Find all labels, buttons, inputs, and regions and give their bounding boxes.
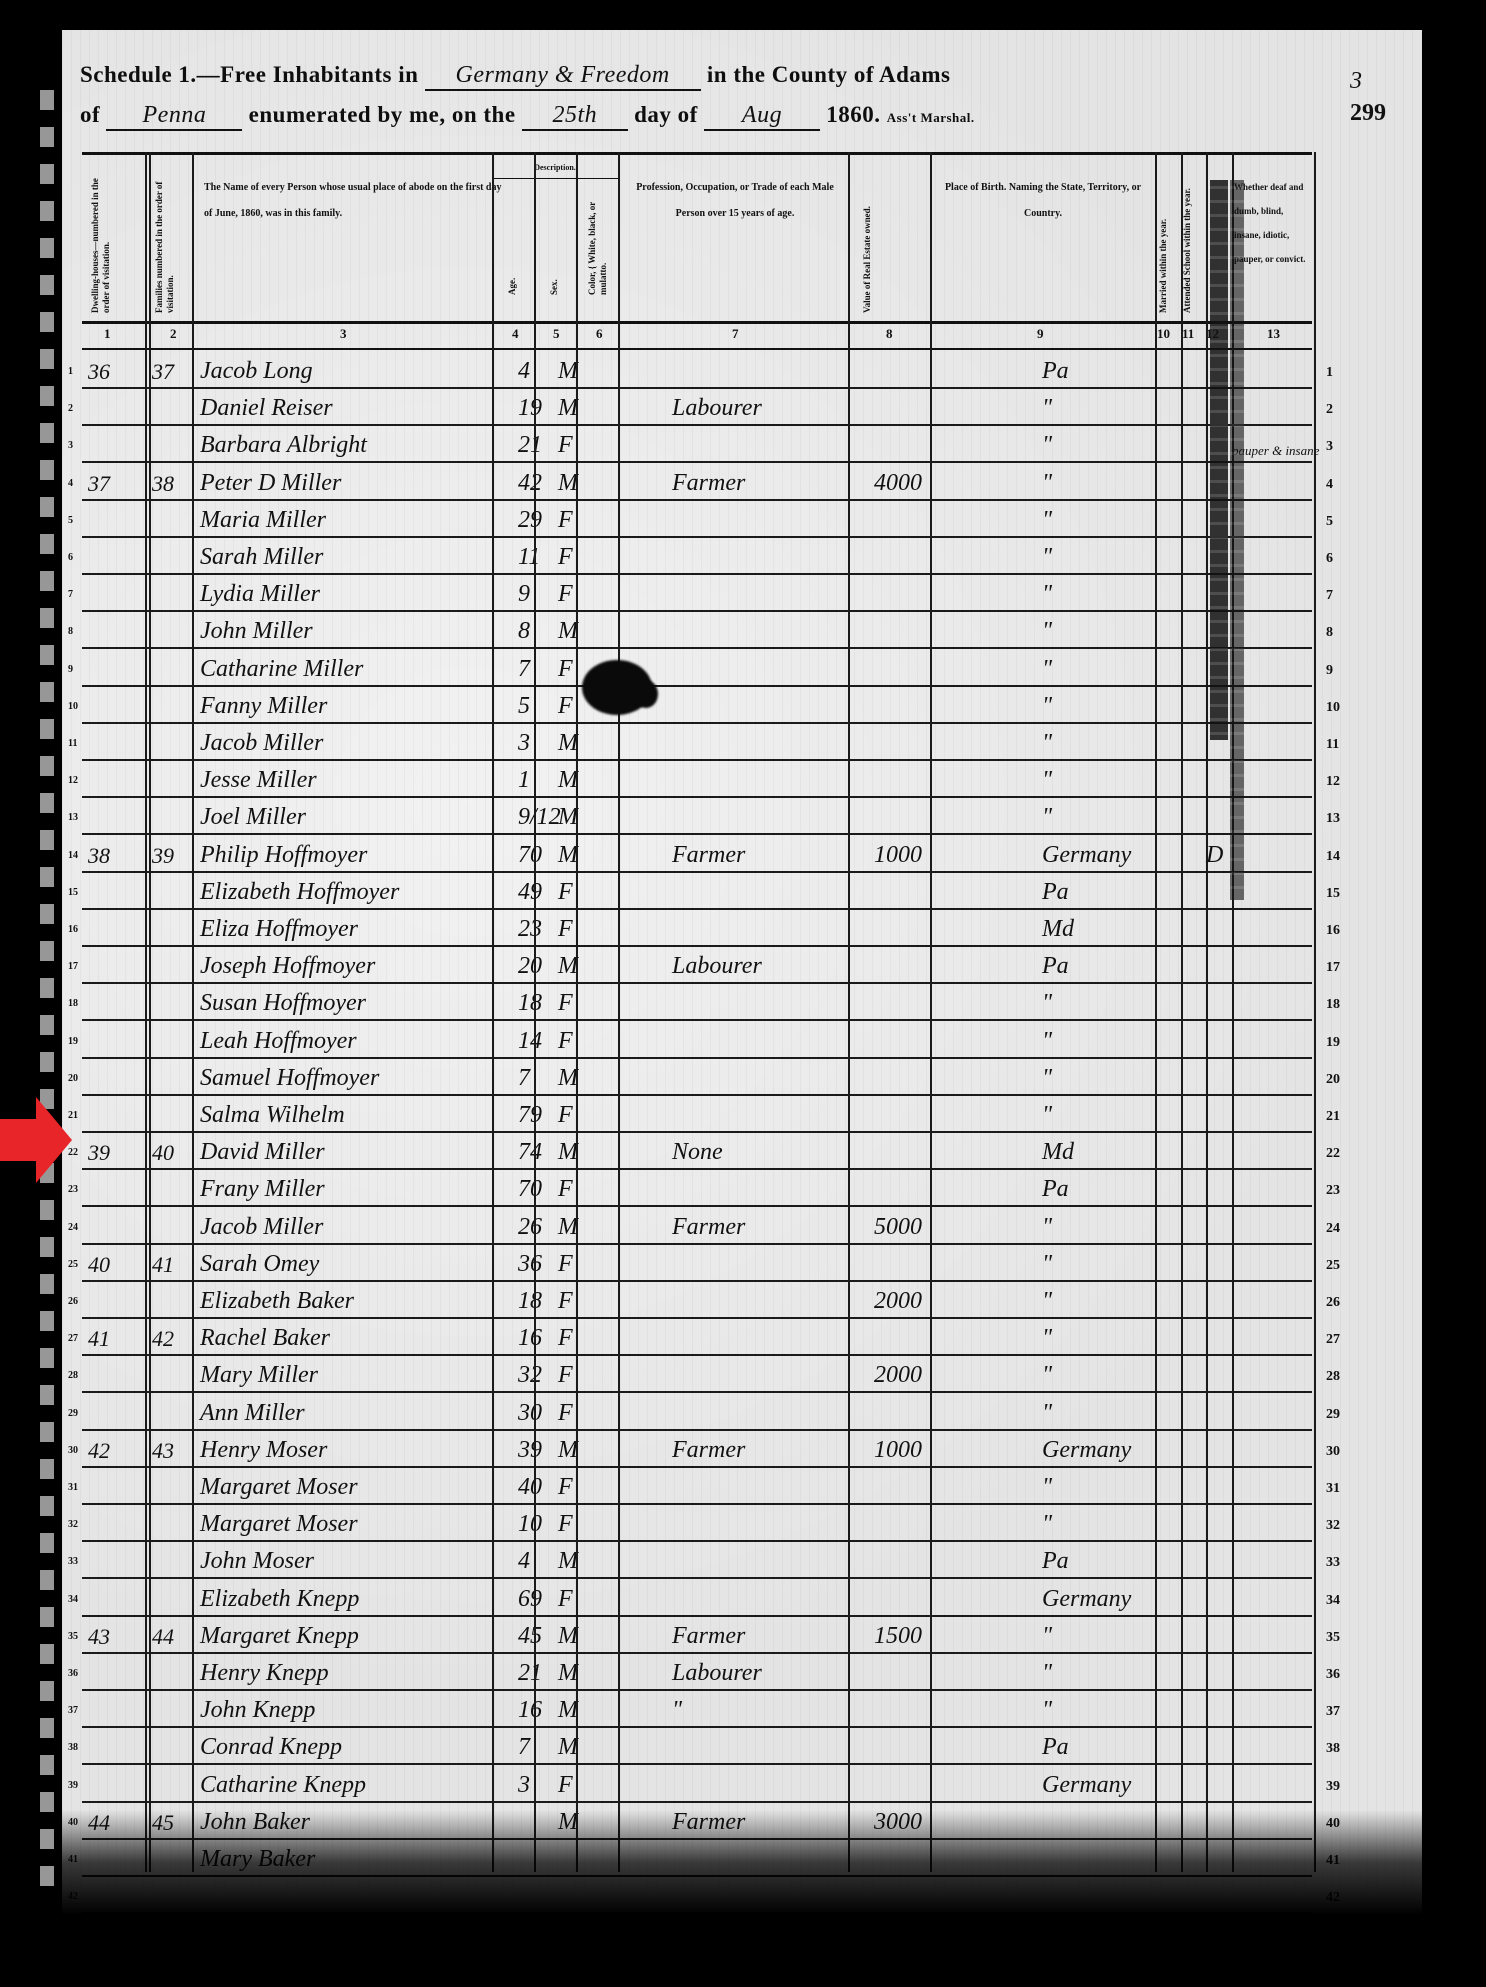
birthplace: Germany bbox=[1042, 1772, 1131, 1799]
line-number: 7 bbox=[1326, 588, 1333, 604]
age: 3 bbox=[518, 730, 530, 757]
person-name: Jacob Long bbox=[200, 358, 313, 385]
birthplace: " bbox=[1042, 618, 1052, 645]
birthplace: " bbox=[1042, 990, 1052, 1017]
line-number: 11 bbox=[1326, 737, 1339, 753]
line-number: 38 bbox=[1326, 1741, 1340, 1757]
left-margin-line-number: 15 bbox=[68, 887, 78, 898]
age: 39 bbox=[518, 1437, 542, 1464]
left-margin-line-number: 36 bbox=[68, 1668, 78, 1679]
left-margin-line-number: 37 bbox=[68, 1705, 78, 1716]
person-name: Elizabeth Hoffmoyer bbox=[200, 879, 399, 906]
schedule-title-prefix: Schedule 1.—Free Inhabitants in bbox=[80, 62, 418, 87]
sex: F bbox=[558, 1288, 573, 1315]
line-number: 30 bbox=[1326, 1444, 1340, 1460]
family-number: 42 bbox=[152, 1326, 174, 1352]
person-name: Sarah Omey bbox=[200, 1251, 319, 1278]
real-estate-value: 1000 bbox=[874, 1437, 922, 1464]
age: 29 bbox=[518, 507, 542, 534]
state-prefix: of bbox=[80, 102, 100, 127]
colnum-8: 8 bbox=[886, 326, 893, 342]
line-number: 24 bbox=[1326, 1221, 1340, 1237]
line-number: 3 bbox=[1326, 439, 1333, 455]
age: 7 bbox=[518, 1065, 530, 1092]
real-estate-value: 1500 bbox=[874, 1623, 922, 1650]
family-number: 38 bbox=[152, 471, 174, 497]
sex: M bbox=[558, 1214, 578, 1241]
person-name: Eliza Hoffmoyer bbox=[200, 916, 358, 943]
married-mark: D bbox=[1206, 842, 1223, 869]
line-number: 20 bbox=[1326, 1072, 1340, 1088]
enumeration-day: 25th bbox=[522, 102, 628, 131]
age: 11 bbox=[518, 544, 540, 571]
year-label: 1860. bbox=[826, 102, 880, 127]
header-occupation: Profession, Occupation, or Trade of each… bbox=[622, 175, 848, 227]
header-sex: Sex. bbox=[549, 235, 560, 295]
line-number: 18 bbox=[1326, 997, 1340, 1013]
dwelling-number: 37 bbox=[88, 471, 110, 497]
schedule-title-line2: of Penna enumerated by me, on the 25th d… bbox=[80, 102, 975, 131]
table-row: 4142Rachel Baker16F"2727 bbox=[82, 1317, 1312, 1356]
birthplace: Pa bbox=[1042, 1176, 1069, 1203]
person-name: Maria Miller bbox=[200, 507, 326, 534]
sex: M bbox=[558, 1139, 578, 1166]
age: 42 bbox=[518, 470, 542, 497]
birthplace: Pa bbox=[1042, 1734, 1069, 1761]
dwelling-number: 41 bbox=[88, 1326, 110, 1352]
sex: M bbox=[558, 842, 578, 869]
age: 4 bbox=[518, 1548, 530, 1575]
birthplace: " bbox=[1042, 1697, 1052, 1724]
birthplace: Pa bbox=[1042, 358, 1069, 385]
person-name: Margaret Knepp bbox=[200, 1623, 359, 1650]
sex: F bbox=[558, 1772, 573, 1799]
family-number: 44 bbox=[152, 1624, 174, 1650]
table-row: Sarah Miller11F"66 bbox=[82, 536, 1312, 575]
person-name: John Knepp bbox=[200, 1697, 315, 1724]
line-number: 5 bbox=[1326, 514, 1333, 530]
real-estate-value: 2000 bbox=[874, 1288, 922, 1315]
person-name: Jacob Miller bbox=[200, 1214, 323, 1241]
sex: M bbox=[558, 395, 578, 422]
person-name: John Moser bbox=[200, 1548, 314, 1575]
age: 4 bbox=[518, 358, 530, 385]
age: 32 bbox=[518, 1362, 542, 1389]
person-name: Joseph Hoffmoyer bbox=[200, 953, 375, 980]
birthplace: " bbox=[1042, 1214, 1052, 1241]
dwelling-number: 40 bbox=[88, 1252, 110, 1278]
line-number: 36 bbox=[1326, 1667, 1340, 1683]
person-name: Daniel Reiser bbox=[200, 395, 333, 422]
family-number: 40 bbox=[152, 1140, 174, 1166]
table-row: John Moser4MPa3333 bbox=[82, 1540, 1312, 1579]
left-margin-line-number: 24 bbox=[68, 1222, 78, 1233]
film-sprocket-holes bbox=[40, 90, 54, 1890]
age: 1 bbox=[518, 767, 530, 794]
left-margin-line-number: 38 bbox=[68, 1742, 78, 1753]
table-row: Jacob Miller26MFarmer5000"2424 bbox=[82, 1206, 1312, 1245]
rule-col4-right bbox=[534, 152, 536, 1872]
left-margin-line-number: 28 bbox=[68, 1370, 78, 1381]
table-row: 3839Philip Hoffmoyer70MFarmer1000Germany… bbox=[82, 834, 1312, 873]
sex: M bbox=[558, 618, 578, 645]
table-row: 4344Margaret Knepp45MFarmer1500"3535 bbox=[82, 1615, 1312, 1654]
marshal-label: Ass't Marshal. bbox=[887, 110, 975, 125]
age: 5 bbox=[518, 693, 530, 720]
sex: M bbox=[558, 730, 578, 757]
table-row: Joseph Hoffmoyer20MLabourerPa1717 bbox=[82, 945, 1312, 984]
age: 49 bbox=[518, 879, 542, 906]
sex: M bbox=[558, 358, 578, 385]
line-number: 22 bbox=[1326, 1146, 1340, 1162]
column-number-row: 1 2 3 4 5 6 7 8 9 10 11 12 13 bbox=[82, 322, 1312, 350]
rule-col11-right bbox=[1206, 152, 1208, 1872]
line-number: 37 bbox=[1326, 1704, 1340, 1720]
header-description-group: Description. bbox=[492, 157, 618, 179]
age: 3 bbox=[518, 1772, 530, 1799]
person-name: Elizabeth Baker bbox=[200, 1288, 354, 1315]
table-row: Lydia Miller9F"77 bbox=[82, 573, 1312, 612]
person-name: Rachel Baker bbox=[200, 1325, 330, 1352]
person-name: Mary Miller bbox=[200, 1362, 318, 1389]
left-margin-line-number: 31 bbox=[68, 1482, 78, 1493]
line-number: 33 bbox=[1326, 1555, 1340, 1571]
colnum-2: 2 bbox=[170, 326, 177, 342]
page-bottom-damage bbox=[62, 1810, 1486, 1960]
colnum-6: 6 bbox=[596, 326, 603, 342]
birthplace: " bbox=[1042, 693, 1052, 720]
table-row: Ann Miller30F"2929 bbox=[82, 1392, 1312, 1431]
sex: F bbox=[558, 544, 573, 571]
sex: M bbox=[558, 1734, 578, 1761]
dwelling-number: 36 bbox=[88, 359, 110, 385]
age: 36 bbox=[518, 1251, 542, 1278]
township-name: Germany & Freedom bbox=[425, 62, 701, 91]
rule-col9-right bbox=[1155, 152, 1157, 1872]
colnum-4: 4 bbox=[512, 326, 519, 342]
person-name: Samuel Hoffmoyer bbox=[200, 1065, 379, 1092]
person-name: Margaret Moser bbox=[200, 1474, 358, 1501]
rule-col1-right bbox=[145, 152, 147, 1872]
colnum-13: 13 bbox=[1267, 326, 1280, 342]
header-family: Families numbered in the order of visita… bbox=[154, 163, 190, 313]
header-name: The Name of every Person whose usual pla… bbox=[194, 175, 502, 227]
age: 40 bbox=[518, 1474, 542, 1501]
age: 8 bbox=[518, 618, 530, 645]
table-row: Frany Miller70FPa2323 bbox=[82, 1168, 1312, 1207]
age: 7 bbox=[518, 656, 530, 683]
left-margin-line-number: 6 bbox=[68, 552, 73, 563]
left-margin-line-number: 18 bbox=[68, 998, 78, 1009]
table-row: Jacob Miller3M"1111 bbox=[82, 722, 1312, 761]
birthplace: " bbox=[1042, 1251, 1052, 1278]
line-number: 32 bbox=[1326, 1518, 1340, 1534]
left-margin-line-number: 33 bbox=[68, 1556, 78, 1567]
table-row: 4243Henry Moser39MFarmer1000Germany3030 bbox=[82, 1429, 1312, 1468]
birthplace: " bbox=[1042, 395, 1052, 422]
left-margin-line-number: 7 bbox=[68, 589, 73, 600]
table-row: 3940David Miller74MNoneMd2222 bbox=[82, 1131, 1312, 1170]
line-number: 23 bbox=[1326, 1183, 1340, 1199]
left-margin-line-number: 5 bbox=[68, 515, 73, 526]
person-name: Sarah Miller bbox=[200, 544, 323, 571]
table-row: Catharine Knepp3FGermany3939 bbox=[82, 1764, 1312, 1803]
age: 16 bbox=[518, 1325, 542, 1352]
colnum-10: 10 bbox=[1157, 326, 1170, 342]
line-number: 19 bbox=[1326, 1035, 1340, 1051]
person-name: Conrad Knepp bbox=[200, 1734, 342, 1761]
birthplace: Pa bbox=[1042, 879, 1069, 906]
birthplace: " bbox=[1042, 507, 1052, 534]
table-row: Eliza Hoffmoyer23FMd1616 bbox=[82, 908, 1312, 947]
birthplace: " bbox=[1042, 1474, 1052, 1501]
table-row: Elizabeth Baker18F2000"2626 bbox=[82, 1280, 1312, 1319]
sex: F bbox=[558, 916, 573, 943]
birthplace: " bbox=[1042, 470, 1052, 497]
age: 19 bbox=[518, 395, 542, 422]
line-number: 15 bbox=[1326, 886, 1340, 902]
occupation: " bbox=[672, 1697, 682, 1724]
age: 70 bbox=[518, 1176, 542, 1203]
left-margin-line-number: 29 bbox=[68, 1408, 78, 1419]
sex: M bbox=[558, 1660, 578, 1687]
table-row: Fanny Miller5F"1010 bbox=[82, 685, 1312, 724]
header-birthplace: Place of Birth. Naming the State, Territ… bbox=[932, 175, 1154, 227]
line-number: 26 bbox=[1326, 1295, 1340, 1311]
birthplace: " bbox=[1042, 1362, 1052, 1389]
person-name: Frany Miller bbox=[200, 1176, 325, 1203]
left-margin-line-number: 25 bbox=[68, 1259, 78, 1270]
header-disability: Whether deaf and dumb, blind, insane, id… bbox=[1234, 175, 1312, 271]
birthplace: Germany bbox=[1042, 842, 1131, 869]
line-number: 28 bbox=[1326, 1369, 1340, 1385]
age: 26 bbox=[518, 1214, 542, 1241]
age: 74 bbox=[518, 1139, 542, 1166]
colnum-1: 1 bbox=[104, 326, 111, 342]
line-number: 21 bbox=[1326, 1109, 1340, 1125]
person-name: John Miller bbox=[200, 618, 313, 645]
line-number: 2 bbox=[1326, 402, 1333, 418]
birthplace: " bbox=[1042, 581, 1052, 608]
sex: F bbox=[558, 1362, 573, 1389]
schedule-title-line1: Schedule 1.—Free Inhabitants in Germany … bbox=[80, 62, 951, 91]
person-name: Barbara Albright bbox=[200, 432, 367, 459]
table-row: Jesse Miller1M"1212 bbox=[82, 759, 1312, 798]
left-margin-line-number: 14 bbox=[68, 850, 78, 861]
left-margin-line-number: 34 bbox=[68, 1594, 78, 1605]
birthplace: " bbox=[1042, 1511, 1052, 1538]
red-arrow-indicator-icon bbox=[0, 1097, 72, 1183]
age: 70 bbox=[518, 842, 542, 869]
person-name: Catharine Miller bbox=[200, 656, 363, 683]
real-estate-value: 1000 bbox=[874, 842, 922, 869]
header-age: Age. bbox=[507, 235, 518, 295]
person-name: Salma Wilhelm bbox=[200, 1102, 345, 1129]
rule-col6-right bbox=[618, 152, 620, 1872]
age: 21 bbox=[518, 1660, 542, 1687]
person-name: Fanny Miller bbox=[200, 693, 327, 720]
left-margin-line-number: 4 bbox=[68, 478, 73, 489]
line-number: 17 bbox=[1326, 960, 1340, 976]
table-row: Margaret Moser10F"3232 bbox=[82, 1503, 1312, 1542]
person-name: Jesse Miller bbox=[200, 767, 317, 794]
colnum-5: 5 bbox=[553, 326, 560, 342]
table-row: Catharine Miller7F"99 bbox=[82, 648, 1312, 687]
left-margin-line-number: 39 bbox=[68, 1780, 78, 1791]
table-row: Elizabeth Knepp69FGermany3434 bbox=[82, 1578, 1312, 1617]
dwelling-number: 43 bbox=[88, 1624, 110, 1650]
sex: M bbox=[558, 1437, 578, 1464]
sex: F bbox=[558, 990, 573, 1017]
table-row: 3738Peter D Miller42MFarmer4000"44 bbox=[82, 462, 1312, 501]
birthplace: Md bbox=[1042, 916, 1074, 943]
age: 45 bbox=[518, 1623, 542, 1650]
sex: M bbox=[558, 804, 578, 831]
birthplace: Pa bbox=[1042, 953, 1069, 980]
sex: F bbox=[558, 1251, 573, 1278]
census-page: Schedule 1.—Free Inhabitants in Germany … bbox=[62, 30, 1422, 1960]
birthplace: " bbox=[1042, 1623, 1052, 1650]
sheet-corner-number: 3 bbox=[1350, 68, 1362, 95]
sex: F bbox=[558, 1176, 573, 1203]
sex: F bbox=[558, 656, 573, 683]
person-name: Catharine Knepp bbox=[200, 1772, 366, 1799]
line-number: 14 bbox=[1326, 849, 1340, 865]
sex: M bbox=[558, 953, 578, 980]
left-margin-line-number: 13 bbox=[68, 812, 78, 823]
person-name: Joel Miller bbox=[200, 804, 306, 831]
page-number: 299 bbox=[1350, 100, 1386, 127]
left-margin-line-number: 35 bbox=[68, 1631, 78, 1642]
age: 10 bbox=[518, 1511, 542, 1538]
sex: M bbox=[558, 767, 578, 794]
rule-col13-right bbox=[1314, 152, 1316, 1872]
birthplace: Pa bbox=[1042, 1548, 1069, 1575]
sex: M bbox=[558, 1697, 578, 1724]
age: 18 bbox=[518, 990, 542, 1017]
dwelling-number: 38 bbox=[88, 843, 110, 869]
real-estate-value: 4000 bbox=[874, 470, 922, 497]
person-name: Jacob Miller bbox=[200, 730, 323, 757]
table-row: Maria Miller29F"55 bbox=[82, 499, 1312, 538]
rule-col5-right bbox=[576, 152, 578, 1872]
disability-note: pauper & insane bbox=[1232, 443, 1319, 459]
left-margin-line-number: 1 bbox=[68, 366, 73, 377]
left-margin-line-number: 30 bbox=[68, 1445, 78, 1456]
left-margin-line-number: 19 bbox=[68, 1036, 78, 1047]
header-married: Married within the year. bbox=[1158, 163, 1178, 313]
colnum-9: 9 bbox=[1037, 326, 1044, 342]
birthplace: " bbox=[1042, 544, 1052, 571]
table-row: Leah Hoffmoyer14F"1919 bbox=[82, 1020, 1312, 1059]
dwelling-number: 42 bbox=[88, 1438, 110, 1464]
line-number: 27 bbox=[1326, 1332, 1340, 1348]
occupation: Farmer bbox=[672, 842, 745, 869]
dwelling-number: 39 bbox=[88, 1140, 110, 1166]
sex: M bbox=[558, 1623, 578, 1650]
state-name: Penna bbox=[106, 102, 242, 131]
table-row: Joel Miller9/12M"1313 bbox=[82, 796, 1312, 835]
left-margin-line-number: 10 bbox=[68, 701, 78, 712]
table-row: Salma Wilhelm79F"2121 bbox=[82, 1094, 1312, 1133]
table-row: Barbara Albright21F"pauper & insane33 bbox=[82, 424, 1312, 463]
left-margin-line-number: 20 bbox=[68, 1073, 78, 1084]
left-margin-line-number: 16 bbox=[68, 924, 78, 935]
line-number: 25 bbox=[1326, 1258, 1340, 1274]
age: 21 bbox=[518, 432, 542, 459]
occupation: Labourer bbox=[672, 953, 762, 980]
table-row: Elizabeth Hoffmoyer49FPa1515 bbox=[82, 871, 1312, 910]
day-of-label: day of bbox=[634, 102, 698, 127]
line-number: 10 bbox=[1326, 700, 1340, 716]
table-row: 4041Sarah Omey36F"2525 bbox=[82, 1243, 1312, 1282]
birthplace: " bbox=[1042, 432, 1052, 459]
birthplace: " bbox=[1042, 1400, 1052, 1427]
ink-streak-1 bbox=[1210, 180, 1228, 740]
film-strip-edge bbox=[0, 30, 60, 1870]
birthplace: " bbox=[1042, 1660, 1052, 1687]
age: 30 bbox=[518, 1400, 542, 1427]
rule-col10-right bbox=[1181, 152, 1183, 1872]
birthplace: " bbox=[1042, 730, 1052, 757]
header-school: Attended School within the year. bbox=[1182, 163, 1202, 313]
table-row: John Knepp16M""3737 bbox=[82, 1689, 1312, 1728]
birthplace: Germany bbox=[1042, 1437, 1131, 1464]
rule-col7-right bbox=[848, 152, 850, 1872]
left-margin-line-number: 17 bbox=[68, 961, 78, 972]
sex: M bbox=[558, 1065, 578, 1092]
person-name: Lydia Miller bbox=[200, 581, 320, 608]
person-name: Elizabeth Knepp bbox=[200, 1586, 359, 1613]
column-headers: Dwelling-houses—numbered in the order of… bbox=[82, 152, 1312, 324]
sex: F bbox=[558, 1511, 573, 1538]
left-margin-line-number: 27 bbox=[68, 1333, 78, 1344]
sex: F bbox=[558, 1028, 573, 1055]
age: 23 bbox=[518, 916, 542, 943]
left-margin-line-number: 9 bbox=[68, 664, 73, 675]
age: 69 bbox=[518, 1586, 542, 1613]
occupation: Labourer bbox=[672, 1660, 762, 1687]
sex: F bbox=[558, 1102, 573, 1129]
line-number: 35 bbox=[1326, 1630, 1340, 1646]
line-number: 31 bbox=[1326, 1481, 1340, 1497]
birthplace: " bbox=[1042, 1102, 1052, 1129]
age: 79 bbox=[518, 1102, 542, 1129]
rule-col3-right bbox=[492, 152, 494, 1872]
line-number: 13 bbox=[1326, 811, 1340, 827]
table-row: Daniel Reiser19MLabourer"22 bbox=[82, 387, 1312, 426]
occupation: Farmer bbox=[672, 1214, 745, 1241]
header-color: Color, { White, black, or mulatto. bbox=[587, 185, 613, 295]
sex: F bbox=[558, 581, 573, 608]
family-number: 37 bbox=[152, 359, 174, 385]
line-number: 4 bbox=[1326, 477, 1333, 493]
person-name: Peter D Miller bbox=[200, 470, 341, 497]
sex: F bbox=[558, 432, 573, 459]
line-number: 34 bbox=[1326, 1593, 1340, 1609]
person-name: Henry Knepp bbox=[200, 1660, 329, 1687]
rule-col1-right-double bbox=[149, 152, 151, 1872]
birthplace: " bbox=[1042, 1325, 1052, 1352]
person-name: Henry Moser bbox=[200, 1437, 327, 1464]
sex: F bbox=[558, 1586, 573, 1613]
colnum-7: 7 bbox=[732, 326, 739, 342]
person-name: Leah Hoffmoyer bbox=[200, 1028, 357, 1055]
age: 16 bbox=[518, 1697, 542, 1724]
age: 18 bbox=[518, 1288, 542, 1315]
sex: M bbox=[558, 470, 578, 497]
family-number: 39 bbox=[152, 843, 174, 869]
